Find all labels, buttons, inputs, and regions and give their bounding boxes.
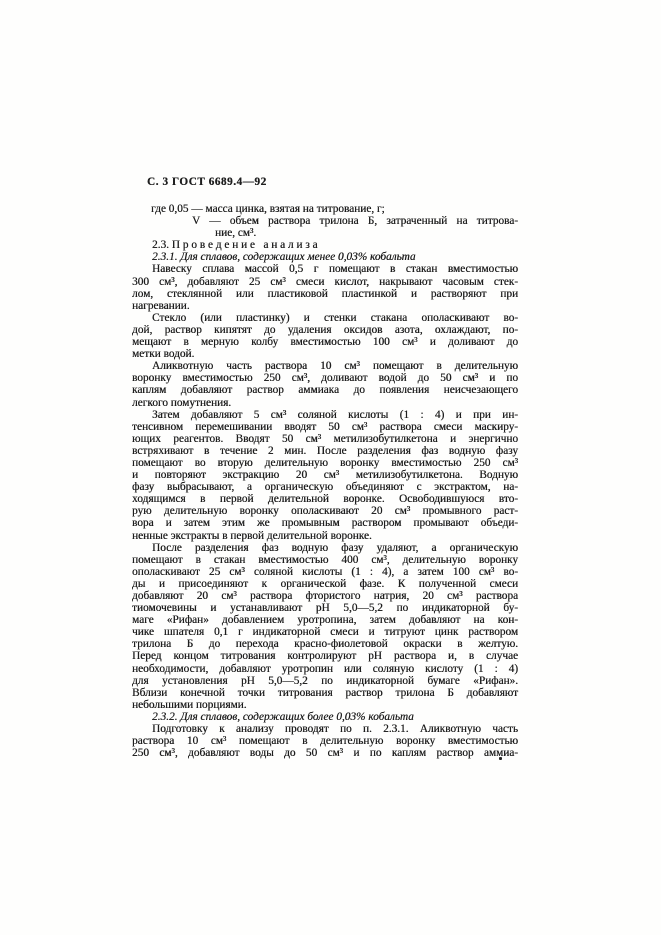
text-line: воронку вместимостью 250 см³, доливают в… [132,372,518,384]
text-line: ополаскивают 25 см³ соляной кислоты (1 :… [132,566,518,578]
text-line: После разделения фаз водную фазу удаляют… [132,542,518,554]
text-line: тенсивном перемешивании вводят 50 см³ ра… [132,421,518,433]
text-line: тиомочевины и устанавливают рН 5,0—5,2 п… [132,602,518,614]
text-line: помещают в стакан вместимостью 400 см³, … [132,554,518,566]
text-line: ние, см³. [132,227,518,239]
text-line: V — объем раствора трилона Б, затраченны… [132,215,518,227]
text-line: 2.3.1. Для сплавов, содержащих менее 0,0… [132,251,518,263]
stray-dot [499,757,502,760]
text-line: рую делительную воронку ополаскивают 20 … [132,505,518,517]
text-line: нагревании. [132,300,518,312]
text-line: Аликвотную часть раствора 10 см³ помещаю… [132,360,518,372]
text-line: каплям добавляют раствор аммиака до появ… [132,384,518,396]
text-line: для установления рН 5,0—5,2 по индикатор… [132,675,518,687]
text-line: и повторяют экстракцию 20 см³ метилизобу… [132,469,518,481]
text-line: лом, стеклянной или пластиковой пластинк… [132,288,518,300]
text-line: метки водой. [132,348,518,360]
text-line: 2.3.2. Для сплавов, содержащих более 0,0… [132,711,518,723]
text-line: 2.3. П р о в е д е н и е а н а л и з а [132,239,518,251]
text-line: фазу выбрасывают, а органическую объедин… [132,481,518,493]
text-line: где 0,05 — масса цинка, взятая на титров… [132,203,518,215]
text-line: ходящимся в первой делительной воронке. … [132,493,518,505]
text-line: Подготовку к анализу проводят по п. 2.3.… [132,723,518,735]
text-line: дой, раствор кипятят до удаления оксидов… [132,324,518,336]
text-line: встряхивают в течение 2 мин. После разде… [132,445,518,457]
text-line: необходимости, добавляют уротропин или с… [132,663,518,675]
text-line: ющих реагентов. Вводят 50 см³ метилизобу… [132,433,518,445]
page-header: С. 3 ГОСТ 6689.4—92 [147,176,267,188]
text-line: небольшими порциями. [132,699,518,711]
text-line: легкого помутнения. [132,397,518,409]
text-line: добавляют 20 см³ раствора фтористого нат… [132,590,518,602]
text-line: ненные экстракты в первой делительной во… [132,530,518,542]
text-line: Навеску сплава массой 0,5 г помещают в с… [132,263,518,275]
text-line: трилона Б до перехода красно-фиолетовой … [132,638,518,650]
text-line: ды и присоединяют к органической фазе. К… [132,578,518,590]
text-line: маге «Рифан» добавлением уротропина, зат… [132,614,518,626]
text-line: Стекло (или пластинку) и стенки стакана … [132,312,518,324]
text-line: мещают в мерную колбу вместимостью 100 с… [132,336,518,348]
text-line: Затем добавляют 5 см³ соляной кислоты (1… [132,409,518,421]
text-line: чике шпателя 0,1 г индикаторной смеси и … [132,626,518,638]
document-body: где 0,05 — масса цинка, взятая на титров… [132,203,518,759]
text-line: Перед концом титрования контролируют рН … [132,650,518,662]
text-line: 300 см³, добавляют 25 см³ смеси кислот, … [132,276,518,288]
text-line: раствора 10 см³ помещают в делительную в… [132,735,518,747]
text-line: Вблизи конечной точки титрования раствор… [132,687,518,699]
text-line: вора и затем этим же промывным раствором… [132,517,518,529]
text-line: помещают во вторую делительную воронку в… [132,457,518,469]
document-page: С. 3 ГОСТ 6689.4—92 где 0,05 — масса цин… [0,0,661,935]
text-line: 250 см³, добавляют воды до 50 см³ и по к… [132,747,518,759]
